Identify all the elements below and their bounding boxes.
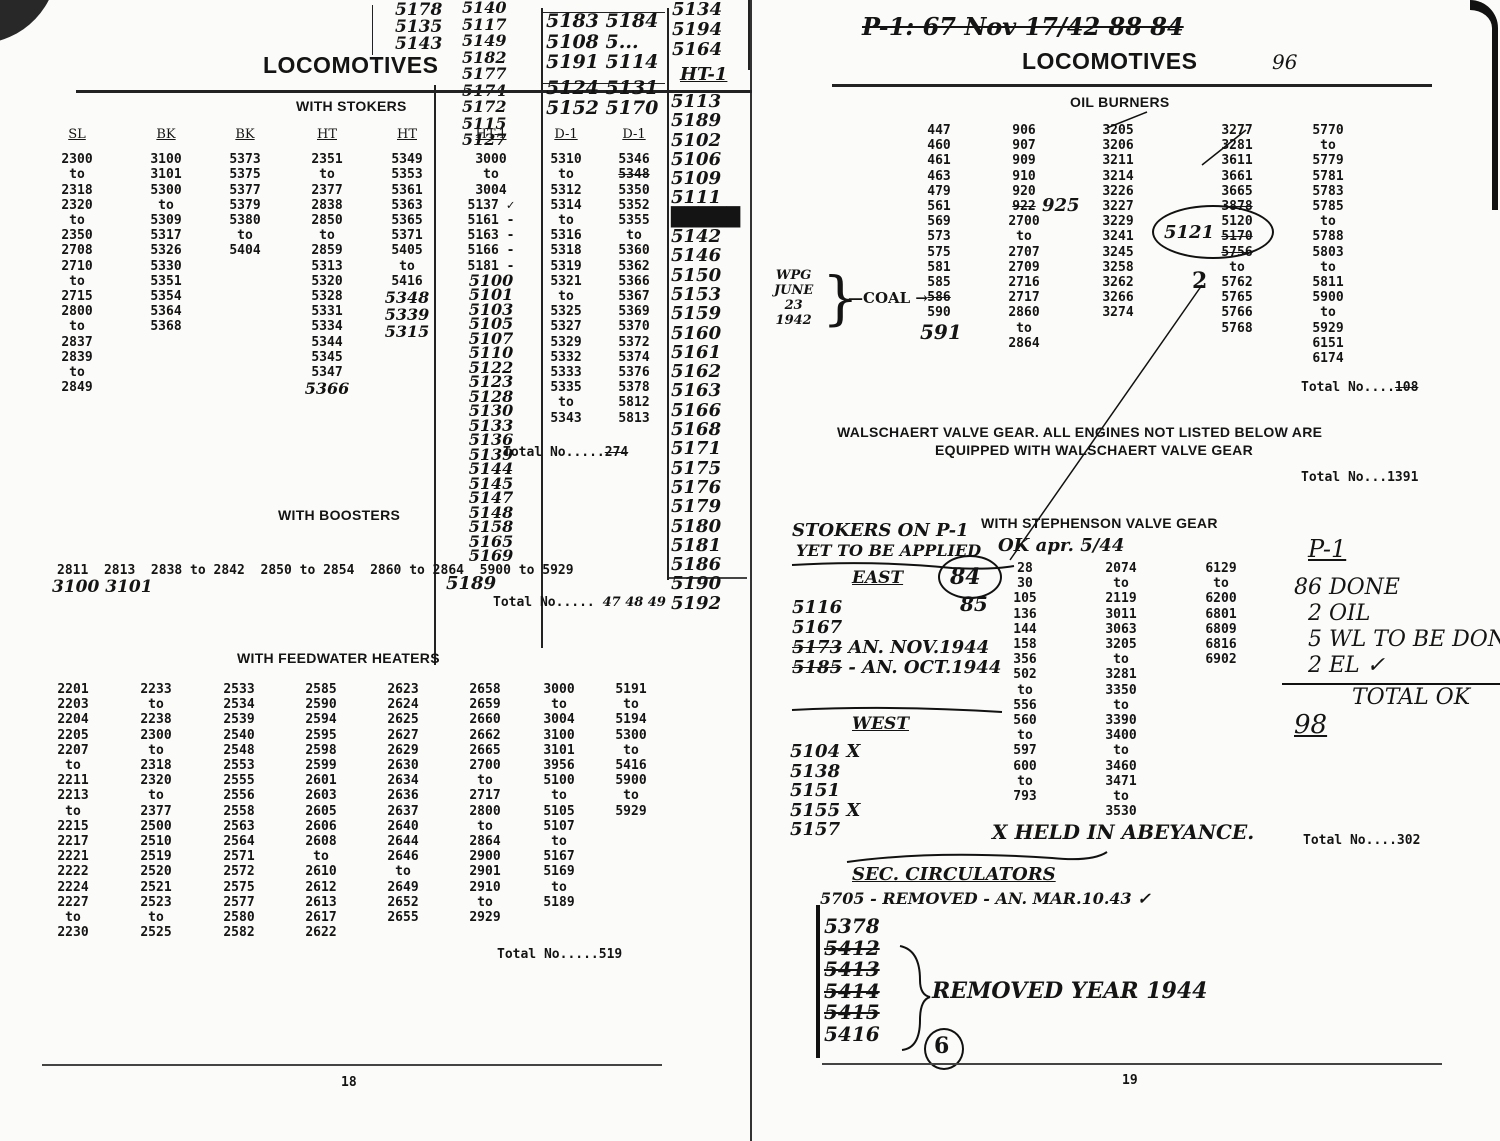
stokers-note-line1: STOKERS ON P-1	[792, 520, 969, 541]
table-cell: 2864	[469, 834, 500, 849]
table-cell: 2519	[140, 849, 171, 864]
table-cell: to	[1113, 698, 1129, 713]
table-cell: 5320	[311, 274, 342, 289]
feedwater-column: 3000to30043100310139565100to51055107to51…	[530, 682, 588, 910]
handwritten-number: 5142	[671, 227, 740, 246]
table-cell: 5300	[615, 728, 646, 743]
table-cell: 5310	[550, 152, 581, 167]
tally-count: 5	[1282, 627, 1322, 653]
walschaert-total: Total No...1391	[1301, 470, 1418, 485]
table-cell: 5137 ✓	[468, 198, 515, 213]
table-cell: 5346	[618, 152, 649, 167]
table-cell: 2119	[1105, 591, 1136, 606]
handwritten-number: 5168	[671, 420, 740, 439]
tally-row: 2 EL ✓	[1282, 653, 1500, 679]
handwritten-number: 5164	[672, 40, 722, 60]
east-list-item: 5167	[792, 618, 1001, 638]
handwritten-number: 5366	[305, 380, 350, 397]
table-cell: to	[477, 773, 493, 788]
stephenson-total: Total No....302	[1303, 833, 1420, 848]
table-cell: 5343	[550, 411, 581, 426]
table-cell: 2595	[305, 728, 336, 743]
table-cell: 3101	[543, 743, 574, 758]
table-cell: 2585	[305, 682, 336, 697]
handwritten-number: 5159	[671, 304, 740, 323]
table-cell: 2227	[57, 895, 88, 910]
table-cell: 2658	[469, 682, 500, 697]
handwritten-number: 5146	[671, 246, 740, 265]
table-cell: 105	[1013, 591, 1036, 606]
table-cell: 5313	[311, 259, 342, 274]
table-cell: 2849	[61, 380, 92, 395]
column-divider	[748, 0, 750, 70]
tally-label: WL TO BE DONE	[1322, 627, 1500, 652]
table-cell: 2613	[305, 895, 336, 910]
east-count: 84	[950, 564, 981, 590]
table-cell: 2510	[140, 834, 171, 849]
table-cell: 5366	[618, 274, 649, 289]
table-cell: 5355	[618, 213, 649, 228]
column-header: HT	[397, 127, 417, 142]
table-cell: 158	[1013, 637, 1036, 652]
east-label: EAST	[852, 568, 903, 588]
table-cell: 600	[1013, 759, 1036, 774]
table-cell: 2627	[387, 728, 418, 743]
table-cell: 5813	[618, 411, 649, 426]
table-cell: to	[1213, 576, 1229, 591]
table-cell: 5344	[311, 335, 342, 350]
feedwater-column: 265826592660266226652700to27172800to2864…	[456, 682, 514, 925]
table-cell: 356	[1013, 652, 1036, 667]
sec-circulators-title: SEC. CIRCULATORS	[852, 864, 1056, 885]
table-cell: 3011	[1105, 607, 1136, 622]
table-cell: to	[1113, 576, 1129, 591]
east-list: 511651675173 AN. NOV.19445185 - AN. OCT.…	[792, 598, 1001, 678]
table-cell: 5335	[550, 380, 581, 395]
table-cell: 5404	[229, 243, 260, 258]
section-title-stokers: WITH STOKERS	[296, 98, 407, 114]
table-cell: 2300	[61, 152, 92, 167]
feedwater-column: 5191to51945300to54165900to5929	[602, 682, 660, 819]
stephenson-column: 6129to62006801680968166902	[1192, 561, 1250, 667]
handwritten-number: 5167	[792, 617, 842, 638]
handwritten-number: 5176	[671, 478, 740, 497]
section-title-stephenson: WITH STEPHENSON VALVE GEAR	[981, 515, 1218, 531]
table-cell: 2377	[140, 804, 171, 819]
table-cell: 5364	[150, 304, 181, 319]
table-cell: 2606	[305, 819, 336, 834]
table-cell: 5352	[618, 198, 649, 213]
table-cell: 2850	[311, 213, 342, 228]
abeyance-note: X HELD IN ABEYANCE.	[992, 820, 1254, 844]
table-cell: 5334	[311, 319, 342, 334]
boosters-total: Total No..... 47 48 49	[493, 595, 666, 610]
boosters-handwritten: 3100 3101	[52, 577, 153, 597]
table-cell: 3350	[1105, 683, 1136, 698]
table-cell: 2652	[387, 895, 418, 910]
table-cell: 2318	[61, 183, 92, 198]
tally-row: 5 WL TO BE DONE	[1282, 627, 1500, 653]
column-header: BK	[235, 127, 254, 142]
table-cell: 5368	[150, 319, 181, 334]
table-cell: 2215	[57, 819, 88, 834]
handwritten-number: 5413	[824, 959, 880, 981]
table-cell: 2649	[387, 880, 418, 895]
table-cell: 3205	[1105, 637, 1136, 652]
column-header: HT	[317, 127, 337, 142]
handwritten-number: 5151	[790, 781, 860, 801]
table-cell: 5326	[150, 243, 181, 258]
ok-note: OK apr. 5/44	[998, 535, 1124, 556]
feedwater-column: 22012203220422052207to22112213to22152217…	[44, 682, 102, 940]
p1-tally: 86 DONE2 OIL5 WL TO BE DONE2 EL ✓TOTAL O…	[1282, 575, 1500, 740]
table-cell: 2640	[387, 819, 418, 834]
table-cell: 5166 -	[468, 243, 515, 258]
column-divider	[667, 8, 669, 580]
table-cell: 2838	[311, 198, 342, 213]
table-cell: 3281	[1105, 667, 1136, 682]
table-cell: to	[395, 864, 411, 879]
table-cell: 2629	[387, 743, 418, 758]
table-cell: 2217	[57, 834, 88, 849]
table-cell: to	[399, 259, 415, 274]
table-cell: 2320	[140, 773, 171, 788]
table-cell: 30	[1017, 576, 1033, 591]
table-cell: 2074	[1105, 561, 1136, 576]
table-cell: to	[69, 167, 85, 182]
table-cell: 2233	[140, 682, 171, 697]
handwritten-number: 5152	[546, 97, 606, 119]
handwritten-number: 5339	[385, 306, 430, 323]
handwritten-number: 5171	[671, 439, 740, 458]
handwritten-number: 5179	[671, 497, 740, 516]
table-cell: to	[551, 834, 567, 849]
table-cell: 2710	[61, 259, 92, 274]
table-cell: 2564	[223, 834, 254, 849]
table-cell: to	[65, 804, 81, 819]
handwritten-number: 5111	[671, 188, 740, 207]
tally-total-row: TOTAL OK	[1282, 683, 1500, 710]
table-cell: 2660	[469, 712, 500, 727]
table-cell: 5169	[543, 864, 574, 879]
table-cell: to	[626, 228, 642, 243]
table-cell: 2662	[469, 728, 500, 743]
margin-notes-top-left: 517851355143	[395, 2, 442, 53]
stokers-column: D-15310to53125314to5316531853195321to532…	[537, 127, 595, 426]
handwritten-number: 5175	[671, 459, 740, 478]
stokers-total: Total No.....274	[503, 445, 628, 460]
table-cell: 2610	[305, 864, 336, 879]
table-cell: to	[483, 167, 499, 182]
table-cell: 3460	[1105, 759, 1136, 774]
handwritten-number: 5184	[606, 10, 659, 32]
table-cell: 2623	[387, 682, 418, 697]
table-cell: 2929	[469, 910, 500, 925]
table-cell: to	[558, 395, 574, 410]
footer-rule	[822, 1063, 1442, 1065]
section-title-walschaert-2: EQUIPPED WITH WALSCHAERT VALVE GEAR	[935, 442, 1253, 458]
table-cell: 5361	[391, 183, 422, 198]
table-cell: 2563	[223, 819, 254, 834]
column-header: D-1	[554, 127, 577, 142]
table-cell: 2859	[311, 243, 342, 258]
table-cell: to	[558, 213, 574, 228]
table-cell: to	[319, 167, 335, 182]
table-cell: 5929	[615, 804, 646, 819]
table-cell: 2520	[140, 864, 171, 879]
table-cell: 2211	[57, 773, 88, 788]
handwritten-number: 5160	[671, 324, 740, 343]
table-cell: to	[69, 213, 85, 228]
table-cell: 2608	[305, 834, 336, 849]
handwritten-number: 5138	[790, 762, 860, 782]
handwritten-number: 5194	[672, 20, 722, 40]
table-cell: to	[69, 274, 85, 289]
table-cell: 2558	[223, 804, 254, 819]
table-cell: 2612	[305, 880, 336, 895]
total-value: 1391	[1387, 470, 1418, 485]
handwritten-number: 5109	[671, 169, 740, 188]
table-cell: 5900	[615, 773, 646, 788]
table-cell: 2637	[387, 804, 418, 819]
tally-total-label: TOTAL OK	[1352, 685, 1470, 710]
total-value: 519	[599, 947, 622, 962]
table-cell: 3000	[475, 152, 506, 167]
table-cell: 2800	[469, 804, 500, 819]
table-cell: 2665	[469, 743, 500, 758]
section-title-boosters: WITH BOOSTERS	[278, 507, 400, 523]
table-cell: to	[1017, 774, 1033, 789]
total-label: Total No...	[1301, 470, 1387, 485]
tally-count: 2	[1282, 653, 1322, 679]
table-cell: 2601	[305, 773, 336, 788]
handwritten-number: 5378	[824, 916, 880, 938]
table-cell: 2555	[223, 773, 254, 788]
table-cell: 2320	[61, 198, 92, 213]
table-cell: 2580	[223, 910, 254, 925]
table-cell: 5350	[618, 183, 649, 198]
handwritten-note: - AN. OCT.1944	[842, 657, 1001, 678]
table-cell: 5105	[543, 804, 574, 819]
handwritten-number: 5124	[546, 77, 606, 99]
handwritten-number: 5412	[824, 938, 880, 960]
table-cell: 5314	[550, 198, 581, 213]
table-cell: to	[65, 910, 81, 925]
handwritten-number: 5...	[606, 31, 639, 53]
table-cell: 5377	[229, 183, 260, 198]
table-cell: 2300	[140, 728, 171, 743]
table-cell: 2717	[469, 788, 500, 803]
table-cell: 5367	[618, 289, 649, 304]
table-cell: 2556	[223, 788, 254, 803]
table-cell: 2624	[387, 697, 418, 712]
handwritten-row: 5152 5170	[546, 97, 658, 119]
handwritten-number: 5106	[671, 150, 740, 169]
table-cell: 5189	[543, 895, 574, 910]
ht1-box-values: 511351895102510651095111█████51425146515…	[671, 92, 740, 613]
table-cell: 144	[1013, 622, 1036, 637]
table-cell: 2900	[469, 849, 500, 864]
table-cell: 2839	[61, 350, 92, 365]
handwritten-number: 5186	[671, 555, 740, 574]
table-cell: 597	[1013, 743, 1036, 758]
table-cell: 5365	[391, 213, 422, 228]
footer-rule	[42, 1064, 662, 1066]
handwritten-number: 5166	[671, 401, 740, 420]
total-label: Total No.....	[497, 947, 599, 962]
table-cell: 2539	[223, 712, 254, 727]
handwritten-row: 5191 5114	[546, 51, 658, 73]
table-cell: 5167	[543, 849, 574, 864]
table-cell: 3004	[543, 712, 574, 727]
table-cell: 6816	[1205, 637, 1236, 652]
table-cell: 5370	[618, 319, 649, 334]
total-value: 47 48 49	[603, 595, 666, 610]
table-cell: 2521	[140, 880, 171, 895]
table-cell: 2318	[140, 758, 171, 773]
table-cell: 5405	[391, 243, 422, 258]
feedwater-column: 2533253425392540254825532555255625582563…	[210, 682, 268, 940]
table-cell: 3390	[1105, 713, 1136, 728]
table-cell: 560	[1013, 713, 1036, 728]
table-cell: 5360	[618, 243, 649, 258]
table-cell: 6200	[1205, 591, 1236, 606]
handwritten-row: 5124 5131	[546, 77, 658, 99]
table-cell: 5380	[229, 213, 260, 228]
table-cell: 2351	[311, 152, 342, 167]
removed-year-note: REMOVED YEAR 1944	[932, 978, 1207, 1004]
east-list-item: 5116	[792, 598, 1001, 618]
handwritten-number: 5189	[671, 111, 740, 130]
table-cell: to	[237, 228, 253, 243]
table-cell: 3000	[543, 682, 574, 697]
margin-bracket	[372, 5, 373, 55]
table-cell: to	[477, 895, 493, 910]
table-cell: to	[558, 289, 574, 304]
table-cell: 5191	[615, 682, 646, 697]
table-cell: 6129	[1205, 561, 1236, 576]
handwritten-number: 5161	[671, 343, 740, 362]
table-cell: to	[551, 880, 567, 895]
handwritten-number: 5190	[671, 574, 740, 593]
table-cell: 5379	[229, 198, 260, 213]
handwritten-number: 5185	[792, 657, 842, 678]
table-cell: 5318	[550, 243, 581, 258]
handwritten-number: 5169	[469, 549, 514, 564]
table-cell: 2377	[311, 183, 342, 198]
table-cell: 5330	[150, 259, 181, 274]
table-cell: to	[319, 228, 335, 243]
handwritten-number: 5114	[606, 51, 659, 73]
tally-label: DONE	[1322, 575, 1400, 600]
tally-total: 98	[1282, 710, 1500, 740]
page-number: 18	[341, 1075, 357, 1090]
table-cell: 2205	[57, 728, 88, 743]
table-cell: 2350	[61, 228, 92, 243]
ht1-box-label: HT-1	[680, 64, 727, 85]
table-cell: 5100	[543, 773, 574, 788]
table-cell: 5319	[550, 259, 581, 274]
table-cell: 2599	[305, 758, 336, 773]
handwritten-number: 5170	[606, 97, 659, 119]
table-cell: 3101	[150, 167, 181, 182]
table-cell: to	[1113, 652, 1129, 667]
table-cell: to	[148, 697, 164, 712]
table-cell: 3063	[1105, 622, 1136, 637]
table-cell: 2837	[61, 335, 92, 350]
sec-circulators-list: 537854125413541454155416	[824, 916, 880, 1045]
table-cell: 5161 -	[468, 213, 515, 228]
table-cell: 2603	[305, 788, 336, 803]
handwritten-number: 5134	[672, 0, 722, 20]
page-number: 19	[1122, 1073, 1138, 1088]
table-cell: 5325	[550, 304, 581, 319]
table-cell: 2800	[61, 304, 92, 319]
table-cell: 5369	[618, 304, 649, 319]
table-cell: 2572	[223, 864, 254, 879]
table-cell: 2571	[223, 849, 254, 864]
table-cell: 5349	[391, 152, 422, 167]
table-cell: to	[1113, 743, 1129, 758]
table-cell: to	[551, 697, 567, 712]
handwritten-number: 5143	[395, 36, 442, 53]
table-cell: 2224	[57, 880, 88, 895]
handwritten-number: 5157	[790, 820, 860, 840]
removed-first-note: 5705 - REMOVED - AN. MAR.10.43 ✓	[820, 889, 1151, 908]
table-cell: 2715	[61, 289, 92, 304]
table-cell: 5194	[615, 712, 646, 727]
table-cell: 2598	[305, 743, 336, 758]
page-18: 517851355143 514051175149518251775174517…	[0, 0, 752, 1141]
table-cell: to	[148, 910, 164, 925]
handwritten-number: 5162	[671, 362, 740, 381]
tally-label: EL ✓	[1322, 653, 1385, 678]
feedwater-column: 2585259025942595259825992601260326052606…	[292, 682, 350, 940]
table-cell: to	[558, 167, 574, 182]
table-cell: 2204	[57, 712, 88, 727]
table-cell: 2655	[387, 910, 418, 925]
handwritten-number: 5181	[671, 536, 740, 555]
table-cell: 3004	[475, 183, 506, 198]
table-cell: 2540	[223, 728, 254, 743]
east-list-item: 5185 - AN. OCT.1944	[792, 658, 1001, 678]
east-list-item: 5173 AN. NOV.1944	[792, 638, 1001, 658]
table-cell: 556	[1013, 698, 1036, 713]
handwritten-number: 5163	[671, 381, 740, 400]
section-title-walschaert-1: WALSCHAERT VALVE GEAR. ALL ENGINES NOT L…	[837, 424, 1322, 440]
table-cell: 2213	[57, 788, 88, 803]
tally-label: OIL	[1322, 601, 1370, 626]
total-value: 274	[605, 445, 628, 460]
section-title-feedwater: WITH FEEDWATER HEATERS	[237, 650, 440, 666]
table-cell: 2636	[387, 788, 418, 803]
table-cell: 2634	[387, 773, 418, 788]
total-value: 302	[1397, 833, 1420, 848]
table-cell: 2630	[387, 758, 418, 773]
boosters-handwritten-5189: 5189	[446, 573, 496, 594]
table-cell: 2500	[140, 819, 171, 834]
table-cell: 5354	[150, 289, 181, 304]
handwritten-row: 5108 5...	[546, 31, 639, 53]
table-cell: 5363	[391, 198, 422, 213]
handwritten-note: AN. NOV.1944	[842, 637, 989, 658]
handwritten-number: 5113	[671, 92, 740, 111]
table-cell: 2594	[305, 712, 336, 727]
table-cell: to	[69, 365, 85, 380]
stokers-column: BK310031015300to530953175326533053515354…	[137, 127, 195, 335]
stokers-column: HT-13000to30045137 ✓5161 -5163 -5166 -51…	[462, 127, 520, 564]
table-cell: 3100	[543, 728, 574, 743]
